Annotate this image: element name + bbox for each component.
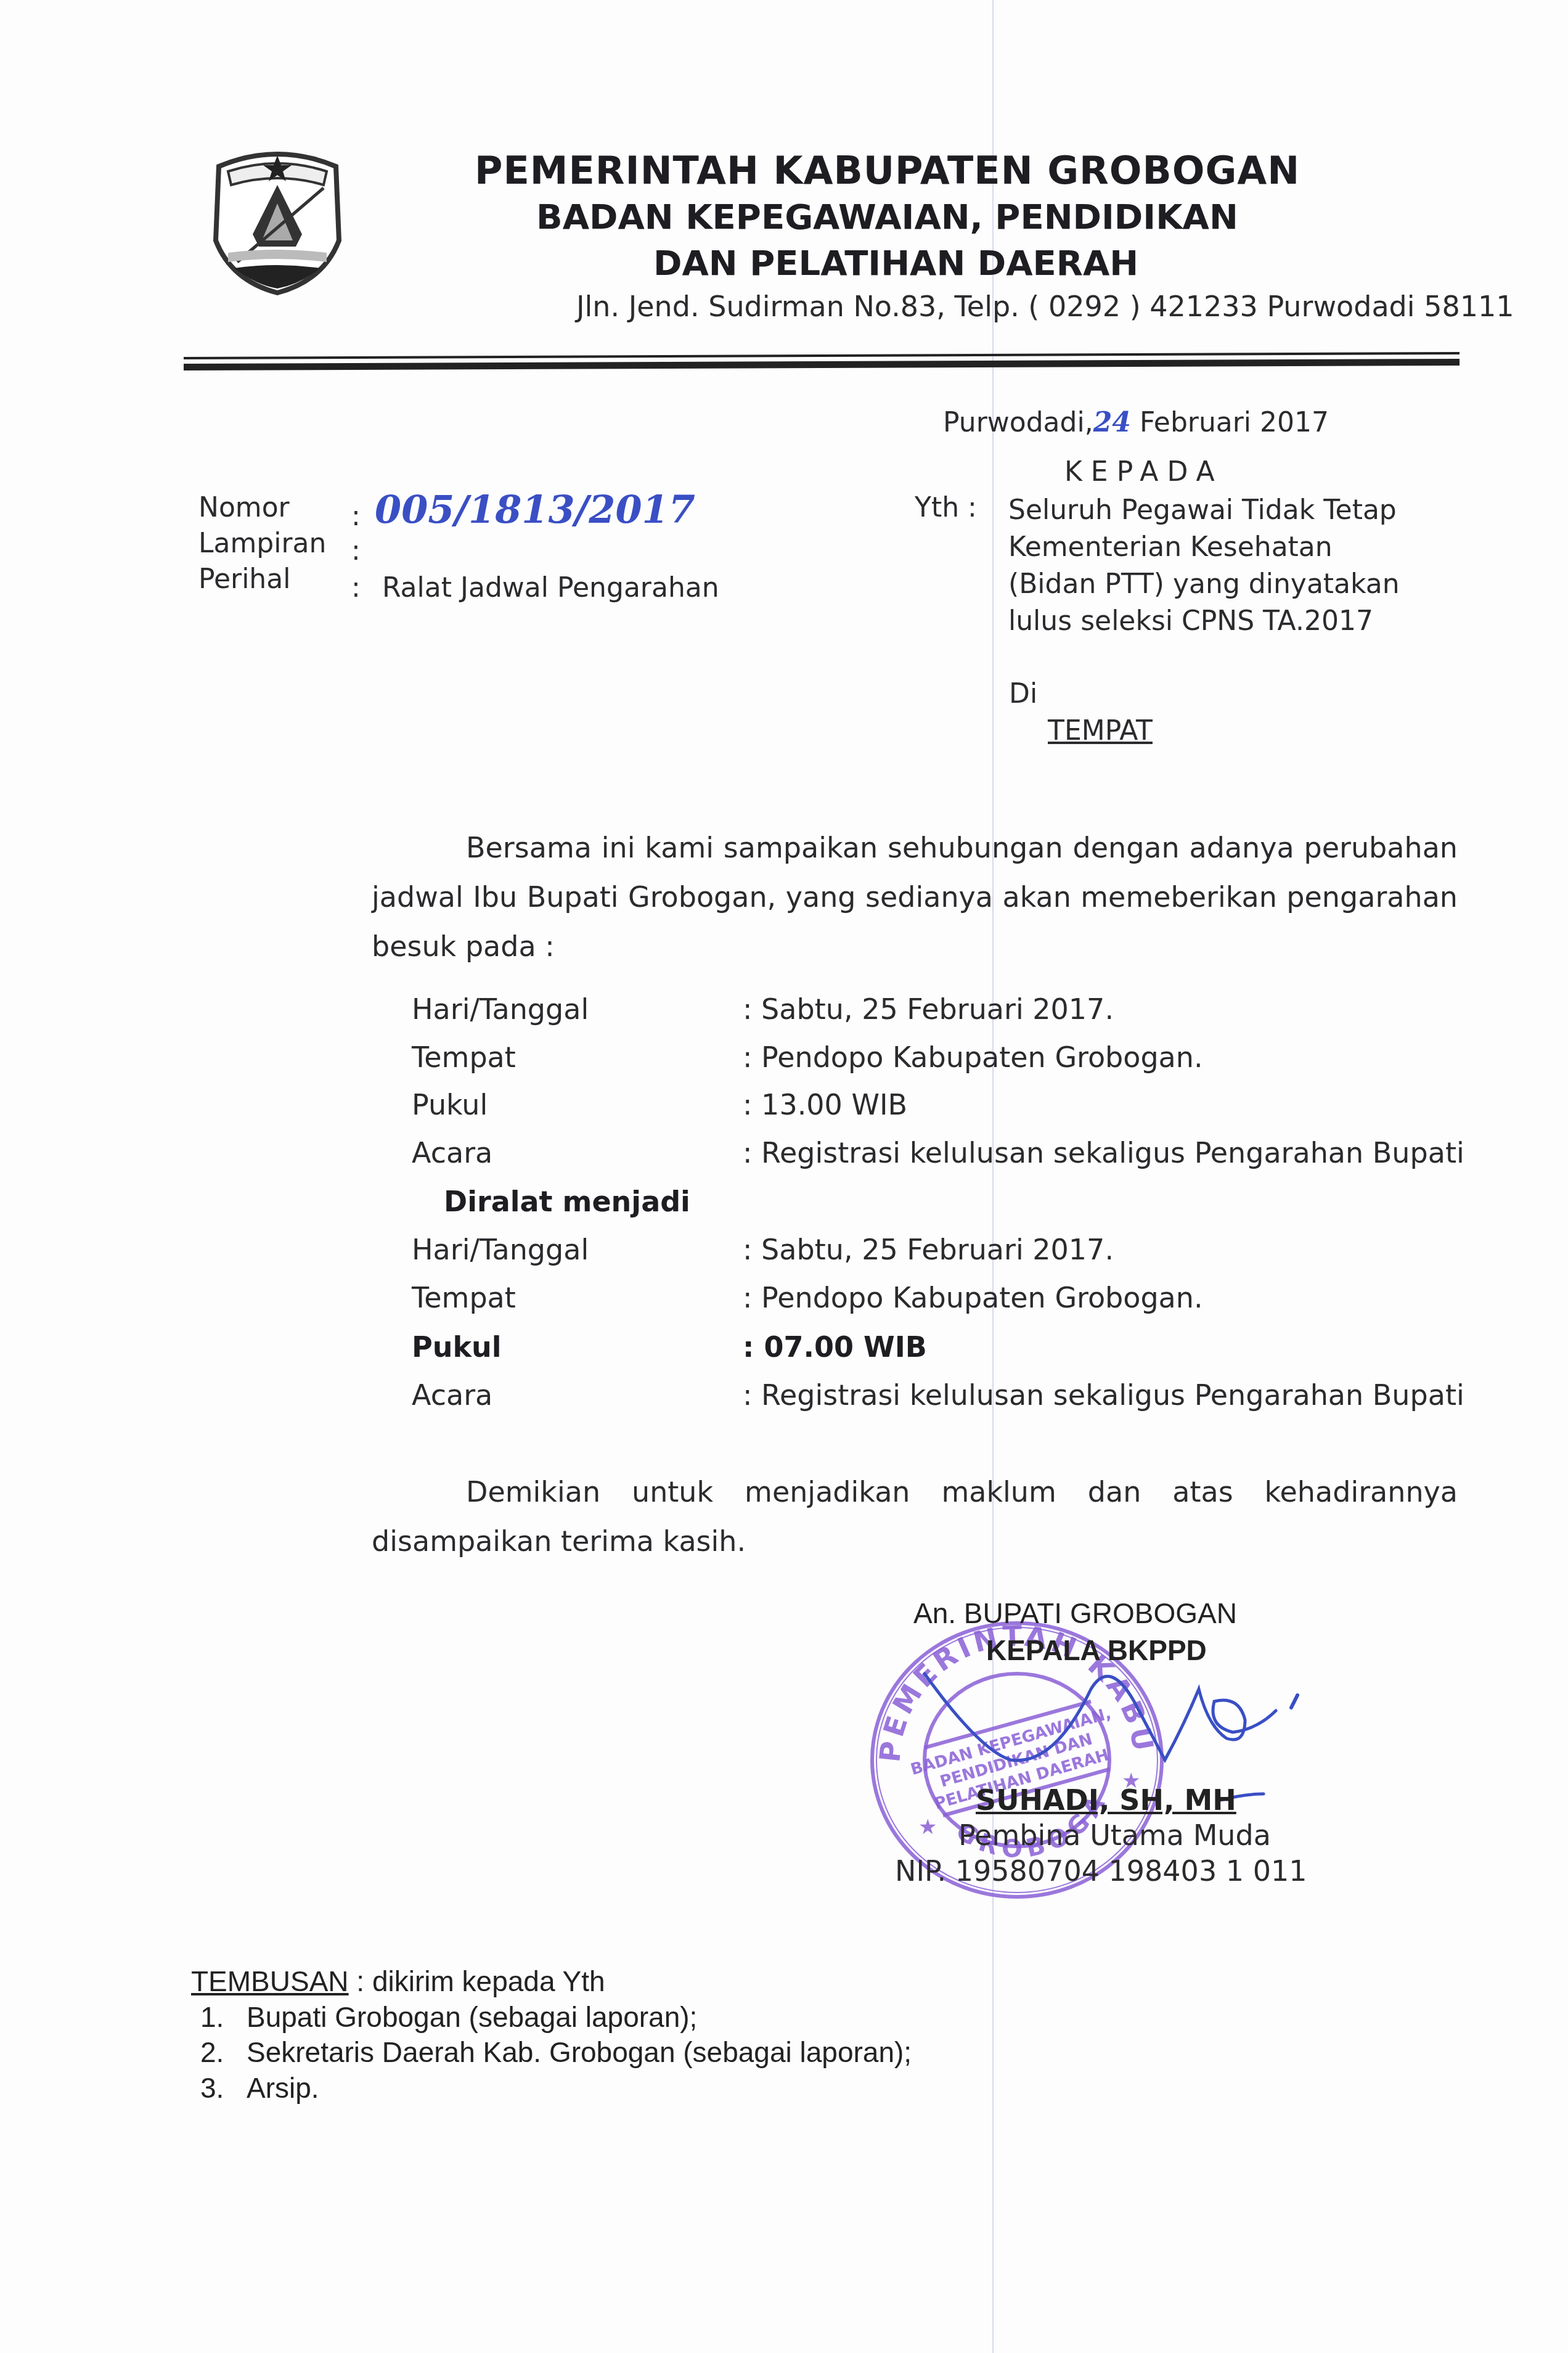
- schedule-value: : Pendopo Kabupaten Grobogan.: [743, 1041, 1203, 1074]
- corrected-time-emphasis: : 07.00 WIB: [743, 1330, 927, 1364]
- schedule-label: Acara: [412, 1136, 492, 1169]
- recipient-line: (Bidan PTT) yang dinyatakan: [1008, 566, 1400, 603]
- di-label: Di: [1009, 678, 1037, 710]
- schedule-label: Tempat: [412, 1041, 516, 1074]
- corrected-label: Tempat: [412, 1281, 516, 1314]
- recipient-block: Seluruh Pegawai Tidak Tetap Kementerian …: [1008, 492, 1400, 640]
- corrected-value: : Sabtu, 25 Februari 2017.: [743, 1233, 1114, 1266]
- recipient-line: lulus seleksi CPNS TA.2017: [1008, 603, 1400, 640]
- schedule-value: : Sabtu, 25 Februari 2017.: [743, 992, 1114, 1026]
- closing-paragraph: Demikian untuk menjadikan maklum dan ata…: [372, 1467, 1458, 1566]
- schedule-label: Hari/Tanggal: [412, 992, 589, 1026]
- corrected-value: : Pendopo Kabupaten Grobogan.: [743, 1281, 1203, 1314]
- schedule-value: : Registrasi kelulusan sekaligus Pengara…: [743, 1136, 1464, 1169]
- tembusan-title: TEMBUSAN: [191, 1965, 349, 1997]
- tembusan-item-number: 3.: [200, 2071, 247, 2105]
- nomor-colon: :: [351, 501, 361, 532]
- signatory-name: SUHADI, SH, MH: [976, 1783, 1236, 1817]
- letterhead-title: PEMERINTAH KABUPATEN GROBOGAN: [475, 148, 1300, 193]
- lampiran-label: Lampiran: [198, 528, 326, 559]
- tembusan-item: 3.Arsip.: [200, 2071, 319, 2105]
- kepada-label: KEPADA: [1064, 456, 1223, 488]
- signatory-nip: NIP. 19580704 198403 1 011: [895, 1854, 1307, 1888]
- letterhead-address: Jln. Jend. Sudirman No.83, Telp. ( 0292 …: [576, 290, 1514, 323]
- correction-heading: Diralat menjadi: [444, 1185, 690, 1218]
- letterhead-agency-cont: DAN PELATIHAN DAERAH: [653, 243, 1138, 284]
- opening-paragraph: Bersama ini kami sampaikan sehubungan de…: [372, 823, 1458, 971]
- tempat-label: TEMPAT: [1048, 715, 1153, 747]
- header-rule-thin: [184, 352, 1460, 359]
- letterhead-agency: BADAN KEPEGAWAIAN, PENDIDIKAN: [536, 197, 1238, 237]
- tembusan-item: 2.Sekretaris Daerah Kab. Grobogan (sebag…: [200, 2036, 912, 2069]
- tembusan-item-number: 2.: [200, 2036, 247, 2069]
- perihal-value: Ralat Jadwal Pengarahan: [382, 572, 719, 604]
- perihal-label: Perihal: [198, 563, 290, 595]
- recipient-line: Seluruh Pegawai Tidak Tetap: [1008, 492, 1400, 529]
- letter-date: Purwodadi,24 Februari 2017: [943, 407, 1329, 438]
- perihal-colon: :: [351, 572, 361, 604]
- coat-of-arms-icon: [200, 142, 354, 296]
- nomor-value-handwritten: 005/1813/2017: [375, 487, 695, 532]
- tembusan-suffix: : dikirim kepada Yth: [349, 1965, 605, 1997]
- schedule-value: : 13.00 WIB: [743, 1088, 907, 1121]
- date-day-handwritten: 24: [1093, 407, 1131, 438]
- tembusan-item-text: Arsip.: [247, 2072, 319, 2104]
- tembusan-item: 1.Bupati Grobogan (sebagai laporan);: [200, 2000, 697, 2034]
- nomor-label: Nomor: [198, 492, 290, 523]
- tembusan-item-text: Sekretaris Daerah Kab. Grobogan (sebagai…: [247, 2036, 912, 2068]
- corrected-label: Acara: [412, 1378, 492, 1412]
- recipient-line: Kementerian Kesehatan: [1008, 529, 1400, 566]
- yth-label: Yth :: [915, 492, 977, 523]
- signature-on-behalf: An. BUPATI GROBOGAN: [913, 1597, 1237, 1630]
- header-rule-thick: [184, 359, 1460, 370]
- date-place: Purwodadi,: [943, 407, 1093, 438]
- schedule-label: Pukul: [412, 1088, 488, 1121]
- scan-fold-line: [992, 0, 994, 2353]
- tembusan-item-text: Bupati Grobogan (sebagai laporan);: [247, 2001, 697, 2033]
- tembusan-heading: TEMBUSAN : dikirim kepada Yth: [191, 1965, 605, 1998]
- corrected-label-emphasis: Pukul: [412, 1330, 502, 1364]
- date-month-year: Februari 2017: [1131, 407, 1329, 438]
- corrected-label: Hari/Tanggal: [412, 1233, 589, 1266]
- lampiran-colon: :: [351, 535, 361, 567]
- signatory-rank: Pembina Utama Muda: [958, 1819, 1271, 1852]
- tembusan-item-number: 1.: [200, 2000, 247, 2034]
- corrected-value: : Registrasi kelulusan sekaligus Pengara…: [743, 1378, 1464, 1412]
